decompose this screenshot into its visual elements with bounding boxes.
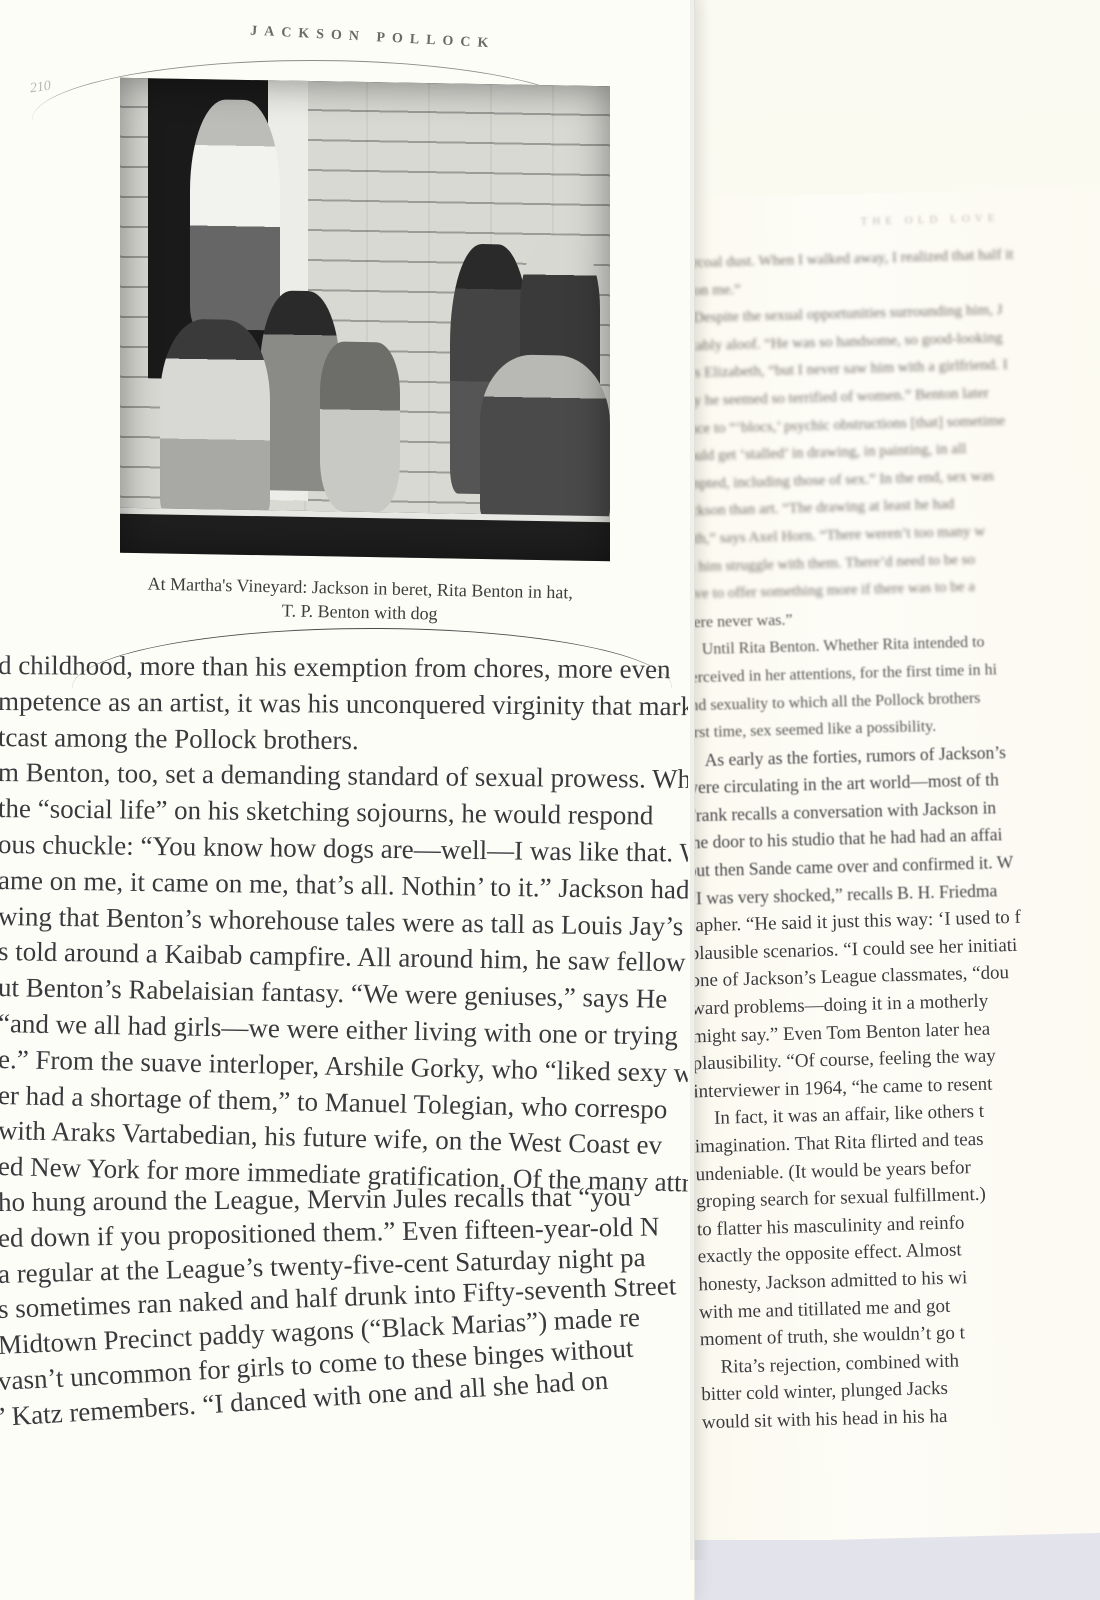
text-line: mpetence as an artist, it was his unconq… [0,684,688,725]
left-page-body: d childhood, more than his exemption fro… [0,648,688,1436]
left-page: JACKSON POLLOCK 210 At Martha's Vineyard… [0,0,695,1600]
photo-caption: At Martha's Vineyard: Jackson in beret, … [110,571,611,629]
desk-surface [695,1540,1100,1600]
photo-vignette [120,78,610,562]
historical-photograph [120,78,610,562]
right-page-body: charcoal dust. When I walked away, I rea… [671,238,1100,1437]
right-running-head: THE OLD LOVE [860,212,999,228]
page-number: 210 [29,79,52,98]
page-gutter-shadow [690,0,710,1560]
text-line: d childhood, more than his exemption fro… [0,648,688,688]
left-running-head: JACKSON POLLOCK [250,24,496,53]
